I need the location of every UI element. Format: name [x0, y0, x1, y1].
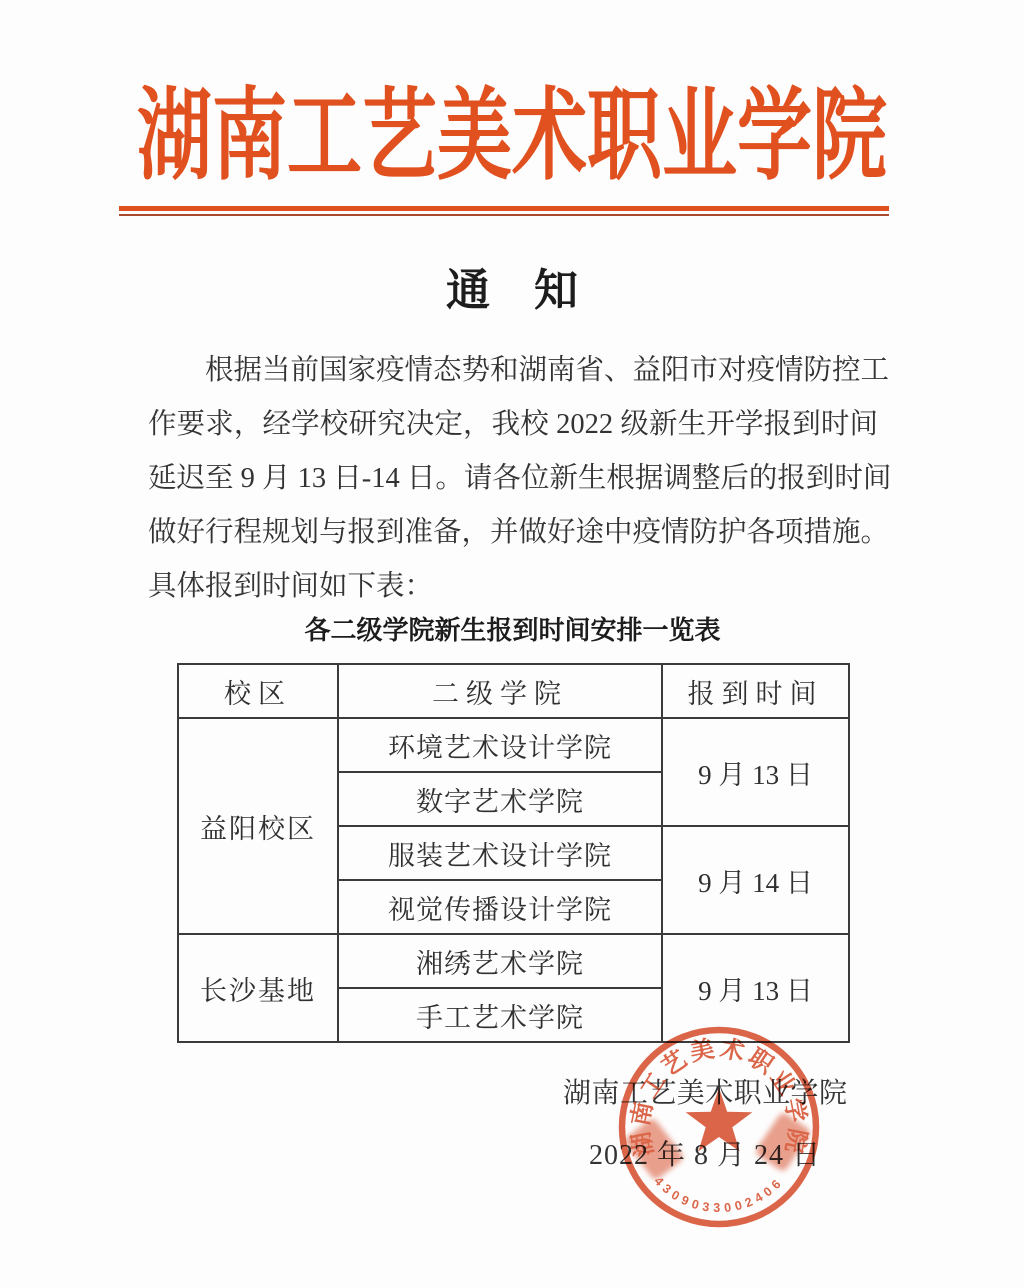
signature-org: 湖南工艺美术职业学院: [563, 1076, 847, 1112]
notice-body: 根据当前国家疫情态势和湖南省、益阳市对疫情防控工 作要求，经学校研究决定，我校 …: [148, 344, 878, 614]
cell-college-xiang-embroidery: 湘绣艺术学院: [338, 934, 662, 988]
letterhead-divider-thin: [119, 214, 889, 216]
schedule-table: 校区 二级学院 报到时间 益阳校区 环境艺术设计学院 9 月 13 日 数字艺术…: [177, 663, 850, 1043]
letterhead-school-name: 湖南工艺美术职业学院: [128, 86, 896, 188]
cell-college-environment-art: 环境艺术设计学院: [338, 718, 662, 772]
table-header-row: 校区 二级学院 报到时间: [178, 664, 849, 718]
body-line-4: 做好行程规划与报到准备，并做好途中疫情防护各项措施。: [148, 506, 878, 560]
cell-date-sep13-b: 9 月 13 日: [662, 934, 849, 1042]
cell-college-fashion-art: 服装艺术设计学院: [338, 826, 662, 880]
cell-date-sep14: 9 月 14 日: [662, 826, 849, 934]
body-line-2: 作要求，经学校研究决定，我校 2022 级新生开学报到时间: [148, 398, 878, 452]
col-header-date: 报到时间: [662, 664, 849, 718]
signature-block: 湖南工艺美术职业学院 2022 年 8 月 24 日: [563, 1076, 847, 1174]
table-row: 益阳校区 环境艺术设计学院 9 月 13 日: [178, 718, 849, 772]
cell-college-digital-art: 数字艺术学院: [338, 772, 662, 826]
letterhead-divider-thick: [119, 206, 889, 211]
seal-serial-number: 4309033002406: [651, 1174, 786, 1215]
cell-campus-changsha: 长沙基地: [178, 934, 338, 1042]
notice-title: 通 知: [0, 266, 1024, 316]
col-header-college: 二级学院: [338, 664, 662, 718]
body-line-5: 具体报到时间如下表：: [148, 560, 878, 614]
col-header-campus: 校区: [178, 664, 338, 718]
notice-document-page: 湖南工艺美术职业学院 通 知 根据当前国家疫情态势和湖南省、益阳市对疫情防控工 …: [0, 0, 1024, 1288]
cell-date-sep13-a: 9 月 13 日: [662, 718, 849, 826]
cell-college-handicraft: 手工艺术学院: [338, 988, 662, 1042]
signature-date: 2022 年 8 月 24 日: [563, 1138, 847, 1174]
cell-college-visual-communication: 视觉传播设计学院: [338, 880, 662, 934]
body-line-3: 延迟至 9 月 13 日-14 日。请各位新生根据调整后的报到时间: [148, 452, 878, 506]
table-row: 长沙基地 湘绣艺术学院 9 月 13 日: [178, 934, 849, 988]
body-line-1: 根据当前国家疫情态势和湖南省、益阳市对疫情防控工: [148, 344, 878, 398]
schedule-table-caption: 各二级学院新生报到时间安排一览表: [177, 612, 848, 648]
cell-campus-yiyang: 益阳校区: [178, 718, 338, 934]
